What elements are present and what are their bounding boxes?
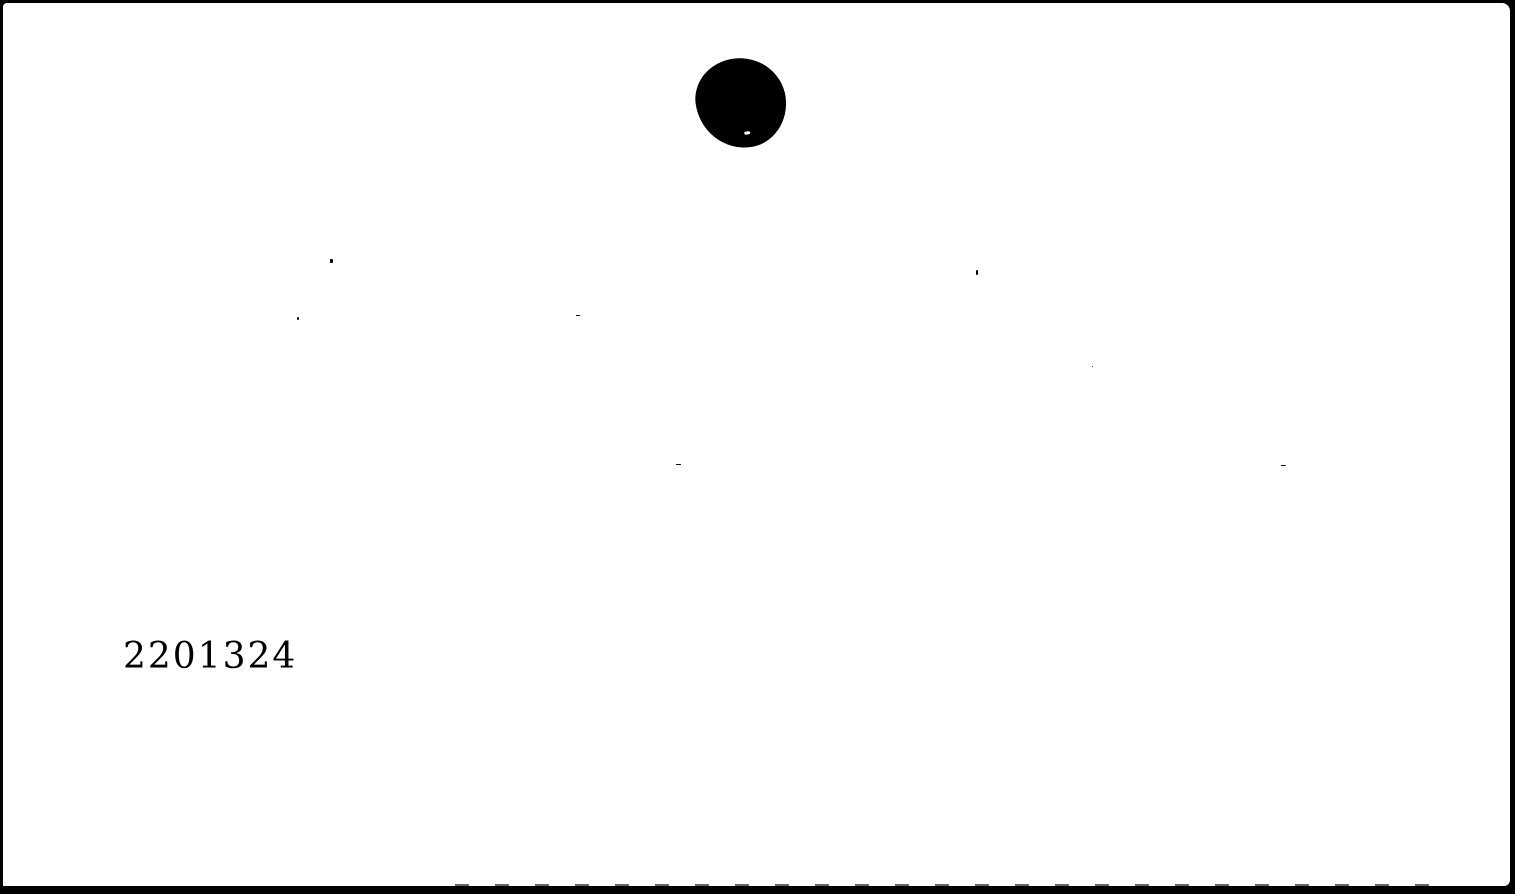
card-number: 2201324 xyxy=(123,639,297,675)
scan-speck xyxy=(330,259,333,263)
punch-hole xyxy=(690,52,792,154)
scan-speck xyxy=(297,317,299,320)
scan-edge-noise xyxy=(455,884,1455,887)
document-card: 2201324 xyxy=(3,3,1510,886)
scan-speck xyxy=(676,464,681,465)
scan-speck xyxy=(1092,366,1093,367)
scan-speck xyxy=(576,315,580,316)
scan-speck xyxy=(1281,465,1286,466)
scan-speck xyxy=(976,270,978,275)
